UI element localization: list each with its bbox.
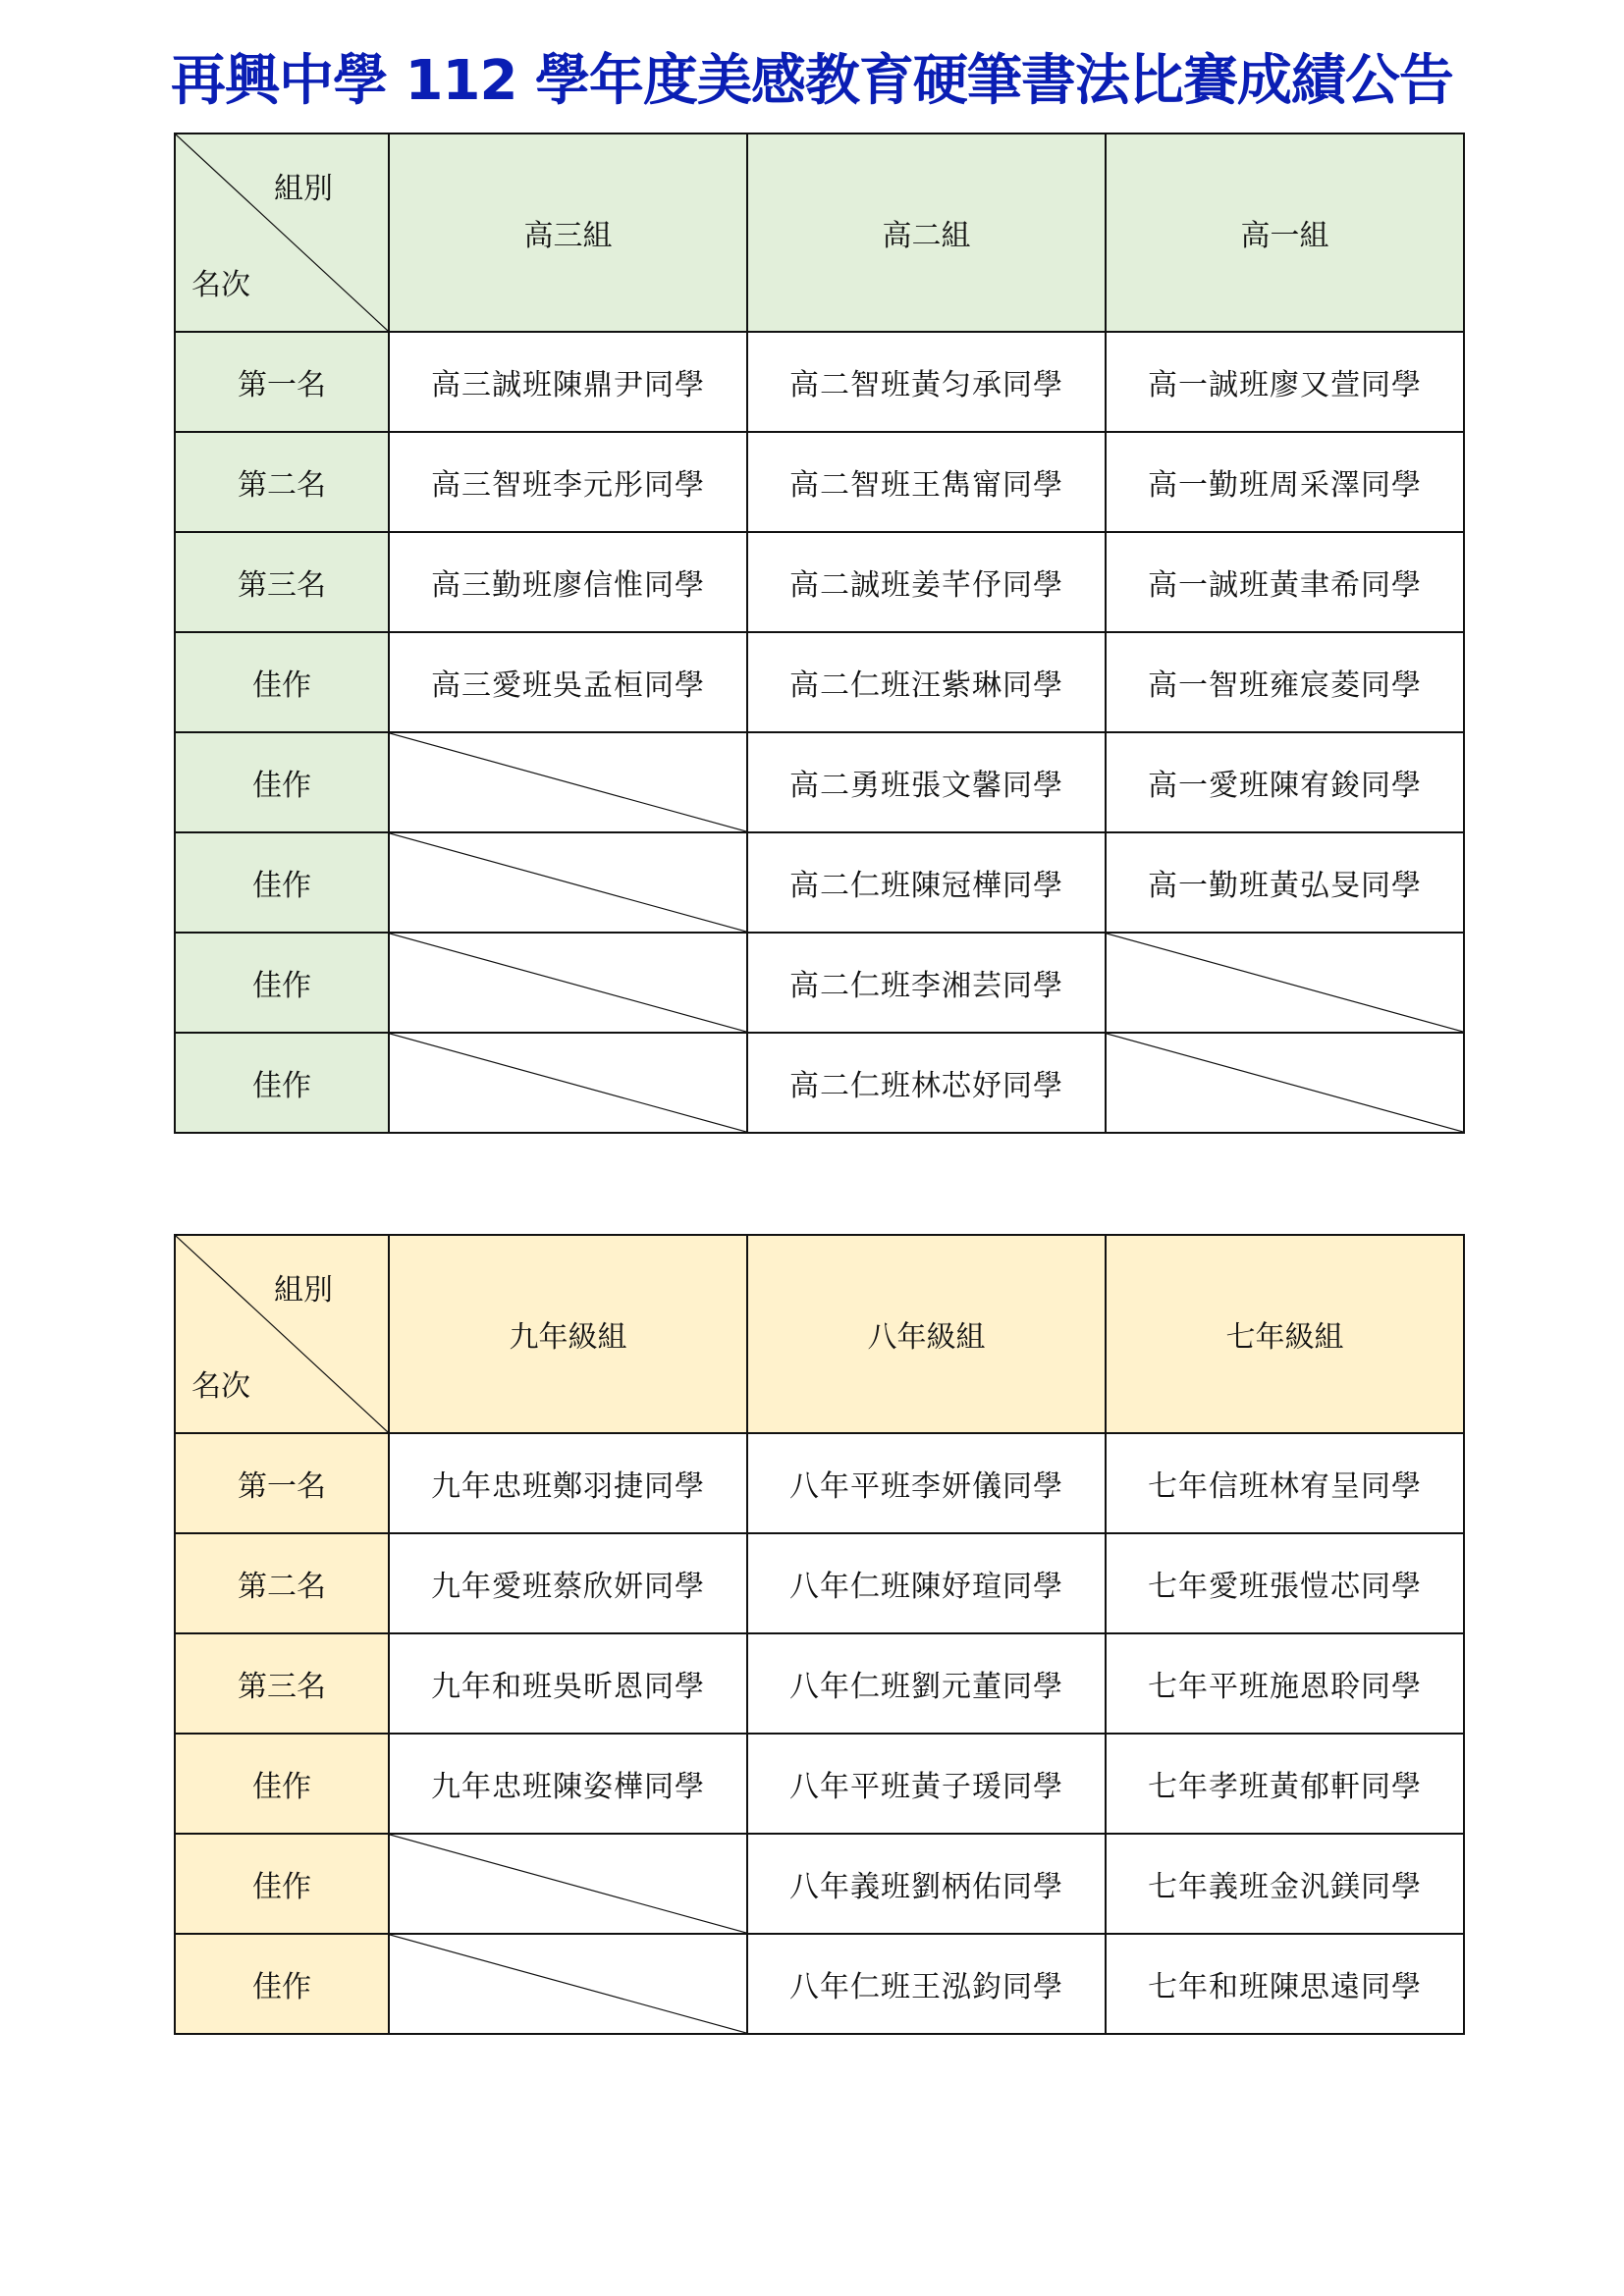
empty-cell	[389, 1033, 747, 1133]
rank-cell: 佳作	[175, 1834, 389, 1934]
winner-cell: 高一勤班周采澤同學	[1106, 432, 1464, 532]
empty-cell	[389, 933, 747, 1033]
column-header: 高二組	[747, 133, 1106, 332]
table-row: 第三名 高三勤班廖信惟同學 高二誠班姜芊伃同學 高一誠班黃聿希同學	[175, 532, 1464, 632]
column-header: 七年級組	[1106, 1235, 1464, 1433]
winner-cell: 九年忠班陳姿樺同學	[389, 1734, 747, 1834]
winner-cell: 高二仁班林芯妤同學	[747, 1033, 1106, 1133]
winner-cell: 七年義班金汎鎂同學	[1106, 1834, 1464, 1934]
rank-cell: 佳作	[175, 1734, 389, 1834]
winner-cell: 高三智班李元彤同學	[389, 432, 747, 532]
diagonal-line	[390, 1935, 746, 2033]
empty-cell	[389, 1834, 747, 1934]
table-row: 佳作 高三愛班吳孟桓同學 高二仁班汪紫琳同學 高一智班雍宸菱同學	[175, 632, 1464, 732]
winner-cell: 七年孝班黃郁軒同學	[1106, 1734, 1464, 1834]
rank-cell: 第二名	[175, 1533, 389, 1633]
winner-cell: 九年忠班鄭羽捷同學	[389, 1433, 747, 1533]
diagonal-line	[390, 1034, 746, 1132]
table-row: 第三名 九年和班吳昕恩同學 八年仁班劉元董同學 七年平班施恩聆同學	[175, 1633, 1464, 1734]
rank-cell: 第一名	[175, 1433, 389, 1533]
winner-cell: 高一愛班陳宥鋑同學	[1106, 732, 1464, 832]
rank-cell: 佳作	[175, 732, 389, 832]
rank-label: 名次	[191, 260, 250, 303]
table-row: 佳作 高二勇班張文馨同學 高一愛班陳宥鋑同學	[175, 732, 1464, 832]
corner-header-cell: 組別 名次	[175, 133, 389, 332]
winner-cell: 七年和班陳思遠同學	[1106, 1934, 1464, 2034]
diagonal-line	[390, 1835, 746, 1933]
winner-cell: 八年仁班劉元董同學	[747, 1633, 1106, 1734]
table-row: 佳作 高二仁班李湘芸同學	[175, 933, 1464, 1033]
rank-cell: 第一名	[175, 332, 389, 432]
winner-cell: 高一誠班廖又萱同學	[1106, 332, 1464, 432]
table-row: 第二名 九年愛班蔡欣妍同學 八年仁班陳妤瑄同學 七年愛班張愷芯同學	[175, 1533, 1464, 1633]
winner-cell: 高三誠班陳鼎尹同學	[389, 332, 747, 432]
rank-cell: 佳作	[175, 1033, 389, 1133]
table-row: 佳作 高二仁班陳冠樺同學 高一勤班黃弘旻同學	[175, 832, 1464, 933]
diagonal-line	[1107, 1034, 1463, 1132]
winner-cell: 七年愛班張愷芯同學	[1106, 1533, 1464, 1633]
winner-cell: 九年愛班蔡欣妍同學	[389, 1533, 747, 1633]
rank-cell: 佳作	[175, 832, 389, 933]
winner-cell: 八年平班李妍儀同學	[747, 1433, 1106, 1533]
winner-cell: 高一誠班黃聿希同學	[1106, 532, 1464, 632]
table-header-row: 組別 名次 高三組 高二組 高一組	[175, 133, 1464, 332]
winner-cell: 九年和班吳昕恩同學	[389, 1633, 747, 1734]
table-row: 第一名 九年忠班鄭羽捷同學 八年平班李妍儀同學 七年信班林宥呈同學	[175, 1433, 1464, 1533]
empty-cell	[389, 832, 747, 933]
rank-cell: 第三名	[175, 532, 389, 632]
column-header: 八年級組	[747, 1235, 1106, 1433]
diagonal-line	[390, 733, 746, 831]
empty-cell	[1106, 933, 1464, 1033]
diagonal-line	[390, 833, 746, 932]
empty-cell	[389, 732, 747, 832]
winner-cell: 高三愛班吳孟桓同學	[389, 632, 747, 732]
winner-cell: 高一智班雍宸菱同學	[1106, 632, 1464, 732]
rank-cell: 第三名	[175, 1633, 389, 1734]
corner-header-cell: 組別 名次	[175, 1235, 389, 1433]
winner-cell: 八年仁班王泓鈞同學	[747, 1934, 1106, 2034]
table-row: 佳作 八年義班劉柄佑同學 七年義班金汎鎂同學	[175, 1834, 1464, 1934]
winner-cell: 八年義班劉柄佑同學	[747, 1834, 1106, 1934]
winner-cell: 高二智班黃匀承同學	[747, 332, 1106, 432]
empty-cell	[389, 1934, 747, 2034]
column-header: 高三組	[389, 133, 747, 332]
table-row: 第二名 高三智班李元彤同學 高二智班王雋甯同學 高一勤班周采澤同學	[175, 432, 1464, 532]
table-row: 第一名 高三誠班陳鼎尹同學 高二智班黃匀承同學 高一誠班廖又萱同學	[175, 332, 1464, 432]
rank-cell: 佳作	[175, 933, 389, 1033]
diagonal-line	[390, 934, 746, 1032]
winner-cell: 八年仁班陳妤瑄同學	[747, 1533, 1106, 1633]
empty-cell	[1106, 1033, 1464, 1133]
column-header: 高一組	[1106, 133, 1464, 332]
table-header-row: 組別 名次 九年級組 八年級組 七年級組	[175, 1235, 1464, 1433]
page-title: 再興中學 112 學年度美感教育硬筆書法比賽成績公告	[0, 47, 1624, 116]
winner-cell: 八年平班黃子瑗同學	[747, 1734, 1106, 1834]
table-row: 佳作 九年忠班陳姿樺同學 八年平班黃子瑗同學 七年孝班黃郁軒同學	[175, 1734, 1464, 1834]
winner-cell: 高一勤班黃弘旻同學	[1106, 832, 1464, 933]
table-row: 佳作 八年仁班王泓鈞同學 七年和班陳思遠同學	[175, 1934, 1464, 2034]
winner-cell: 高二仁班陳冠樺同學	[747, 832, 1106, 933]
rank-cell: 佳作	[175, 1934, 389, 2034]
winner-cell: 高二誠班姜芊伃同學	[747, 532, 1106, 632]
senior-results-table: 組別 名次 高三組 高二組 高一組 第一名 高三誠班陳鼎尹同學 高二智班黃匀承同…	[174, 133, 1465, 1134]
rank-label: 名次	[191, 1362, 250, 1405]
group-label: 組別	[274, 1265, 333, 1308]
winner-cell: 高二智班王雋甯同學	[747, 432, 1106, 532]
rank-cell: 佳作	[175, 632, 389, 732]
winner-cell: 高二仁班李湘芸同學	[747, 933, 1106, 1033]
table-row: 佳作 高二仁班林芯妤同學	[175, 1033, 1464, 1133]
winner-cell: 七年平班施恩聆同學	[1106, 1633, 1464, 1734]
rank-cell: 第二名	[175, 432, 389, 532]
winner-cell: 高二勇班張文馨同學	[747, 732, 1106, 832]
winner-cell: 高三勤班廖信惟同學	[389, 532, 747, 632]
diagonal-line	[1107, 934, 1463, 1032]
group-label: 組別	[274, 164, 333, 207]
column-header: 九年級組	[389, 1235, 747, 1433]
winner-cell: 高二仁班汪紫琳同學	[747, 632, 1106, 732]
winner-cell: 七年信班林宥呈同學	[1106, 1433, 1464, 1533]
junior-results-table: 組別 名次 九年級組 八年級組 七年級組 第一名 九年忠班鄭羽捷同學 八年平班李…	[174, 1234, 1465, 2035]
